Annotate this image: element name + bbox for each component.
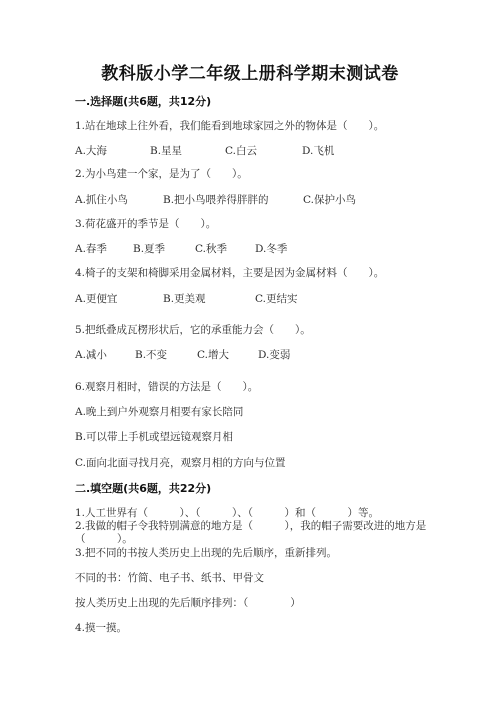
fill-question-3-books: 不同的书：竹简、电子书、纸书、甲骨文: [75, 570, 264, 585]
option-a: A.大海: [75, 143, 107, 158]
question-6-option-c: C.面向北面寻找月亮，观察月相的方向与位置: [75, 455, 286, 470]
option-a: A.春季: [75, 241, 107, 256]
fill-question-2-continued: （ ）。: [75, 531, 133, 546]
option-b: B.不变: [135, 347, 167, 362]
option-b: B.夏季: [133, 241, 165, 256]
section-heading-choice: 一.选择题(共6题，共12分): [75, 93, 211, 109]
question-1-options: A.大海 B.星星 C.白云 D.飞机: [75, 143, 455, 157]
option-d: D.飞机: [302, 143, 334, 158]
fill-question-3: 3.把不同的书按人类历史上出现的先后顺序，重新排列。: [75, 545, 337, 560]
question-6-option-a: A.晚上到户外观察月相要有家长陪同: [75, 404, 243, 419]
option-c: C.更结实: [255, 291, 298, 306]
section-heading-fill: 二.填空题(共6题，共22分): [75, 480, 211, 496]
question-2-options: A.抓住小鸟 B.把小鸟喂养得胖胖的 C.保护小鸟: [75, 192, 455, 206]
question-5: 5.把纸叠成瓦楞形状后，它的承重能力会（ ）。: [75, 322, 311, 337]
question-6-option-b: B.可以带上手机或望远镜观察月相: [75, 429, 233, 444]
option-b: B.把小鸟喂养得胖胖的: [163, 192, 269, 207]
question-4-options: A.更便宜 B.更美观 C.更结实: [75, 291, 455, 305]
question-2: 2.为小鸟建一个家，是为了（ ）。: [75, 166, 248, 181]
fill-question-4: 4.摸一摸。: [75, 620, 127, 635]
question-6: 6.观察月相时，错误的方法是（ ）。: [75, 379, 258, 394]
option-c: C.增大: [197, 347, 229, 362]
fill-question-3-answer: 按人类历史上出现的先后顺序排列：（ ）: [75, 595, 301, 610]
question-4: 4.椅子的支架和椅脚采用金属材料，主要是因为金属材料（ ）。: [75, 265, 384, 280]
option-b: B.星星: [150, 143, 182, 158]
option-a: A.更便宜: [75, 291, 117, 306]
option-c: C.秋季: [195, 241, 227, 256]
option-c: C.白云: [225, 143, 257, 158]
option-a: A.减小: [75, 347, 107, 362]
question-3: 3.荷花盛开的季节是（ ）。: [75, 216, 216, 231]
option-c: C.保护小鸟: [303, 192, 356, 207]
question-3-options: A.春季 B.夏季 C.秋季 D.冬季: [75, 241, 455, 255]
option-a: A.抓住小鸟: [75, 192, 128, 207]
option-d: D.冬季: [255, 241, 287, 256]
option-d: D.变弱: [258, 347, 290, 362]
option-b: B.更美观: [163, 291, 206, 306]
page-title: 教科版小学二年级上册科学期末测试卷: [0, 59, 500, 84]
question-5-options: A.减小 B.不变 C.增大 D.变弱: [75, 347, 455, 361]
question-1: 1.站在地球上往外看，我们能看到地球家园之外的物体是（ ）。: [75, 118, 384, 133]
